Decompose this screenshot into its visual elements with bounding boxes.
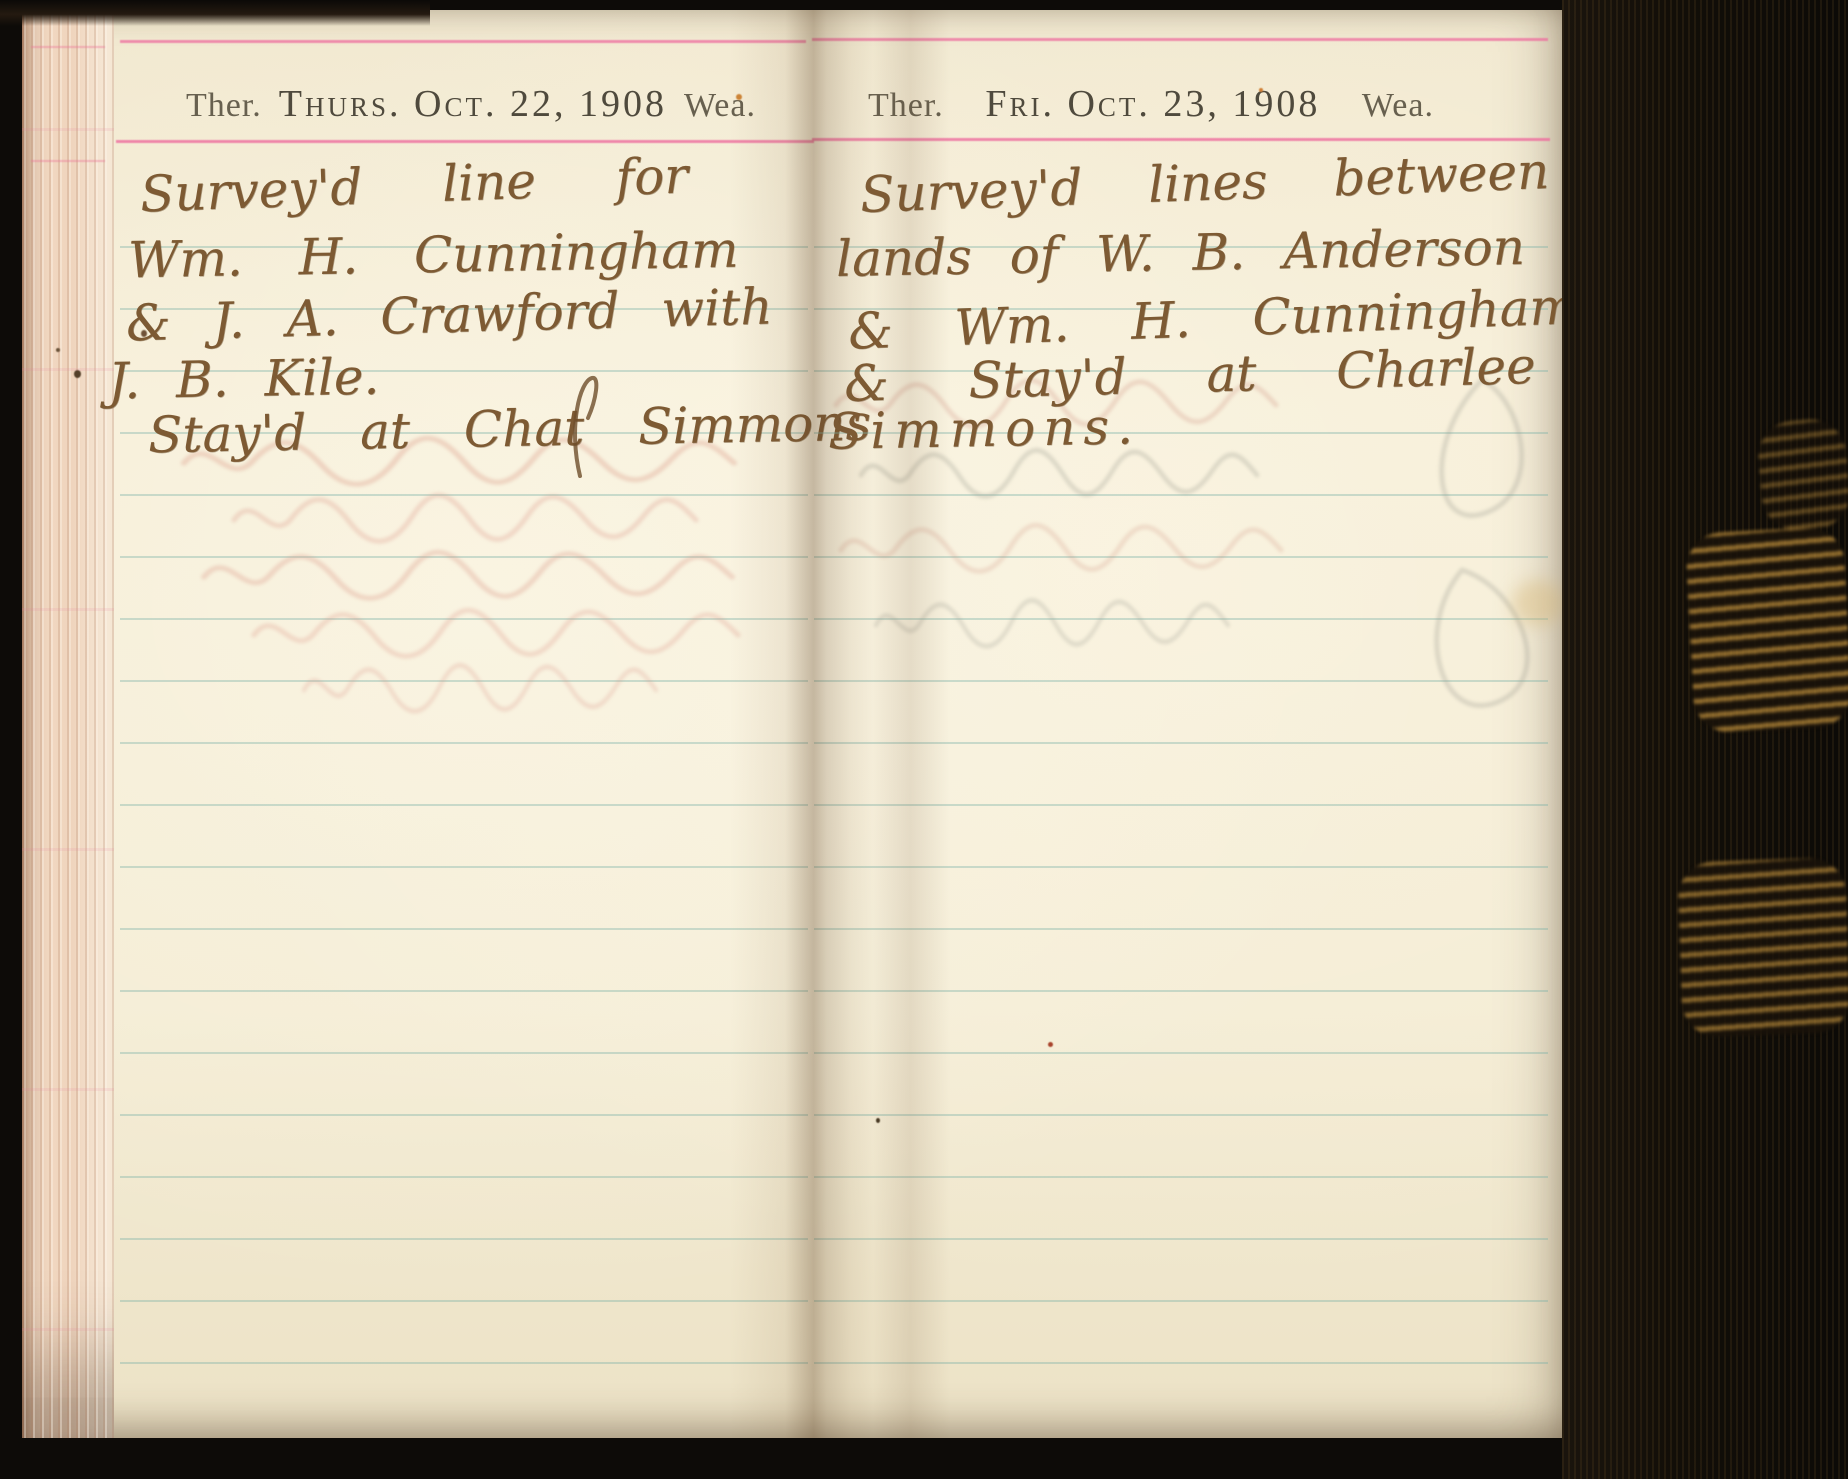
date-heading: Thurs. Oct. 22, 1908 — [279, 82, 667, 126]
ink-flourish — [550, 366, 610, 486]
ther-label: Ther. — [186, 87, 262, 125]
fore-edge-pink-line — [31, 46, 105, 48]
ghost-writing — [144, 425, 784, 725]
header-rule-line — [116, 140, 814, 143]
ink-speck — [1259, 88, 1263, 92]
diary-spread: Ther. Thurs. Oct. 22, 1908 Wea. Survey'd… — [22, 10, 1562, 1438]
left-fore-edge — [22, 10, 114, 1438]
fiber-streaks — [1685, 526, 1848, 734]
page-header: Ther. Thurs. Oct. 22, 1908 Wea. — [114, 82, 814, 126]
fore-edge-pink-line — [31, 160, 105, 162]
date-heading: Fri. Oct. 23, 1908 — [985, 82, 1320, 126]
book-edge-dark — [1562, 0, 1848, 1479]
cover-edge — [0, 0, 430, 26]
entry-line: J. B. Kile. — [108, 348, 380, 411]
top-margin-line — [120, 40, 806, 43]
gutter-shadow — [730, 10, 950, 1438]
ink-speck — [1048, 1042, 1053, 1047]
stain — [56, 348, 60, 352]
wea-label: Wea. — [1362, 87, 1434, 125]
fiber-streaks — [1677, 857, 1848, 1038]
entry-line: Wm. H. Cunningham — [128, 221, 739, 290]
ink-speck — [141, 330, 147, 337]
stain — [1512, 580, 1564, 626]
fiber-streaks — [1755, 416, 1848, 533]
photo-backdrop: Ther. Thurs. Oct. 22, 1908 Wea. Survey'd… — [0, 0, 1848, 1479]
left-page: Ther. Thurs. Oct. 22, 1908 Wea. Survey'd… — [114, 10, 814, 1438]
stain — [74, 370, 81, 378]
